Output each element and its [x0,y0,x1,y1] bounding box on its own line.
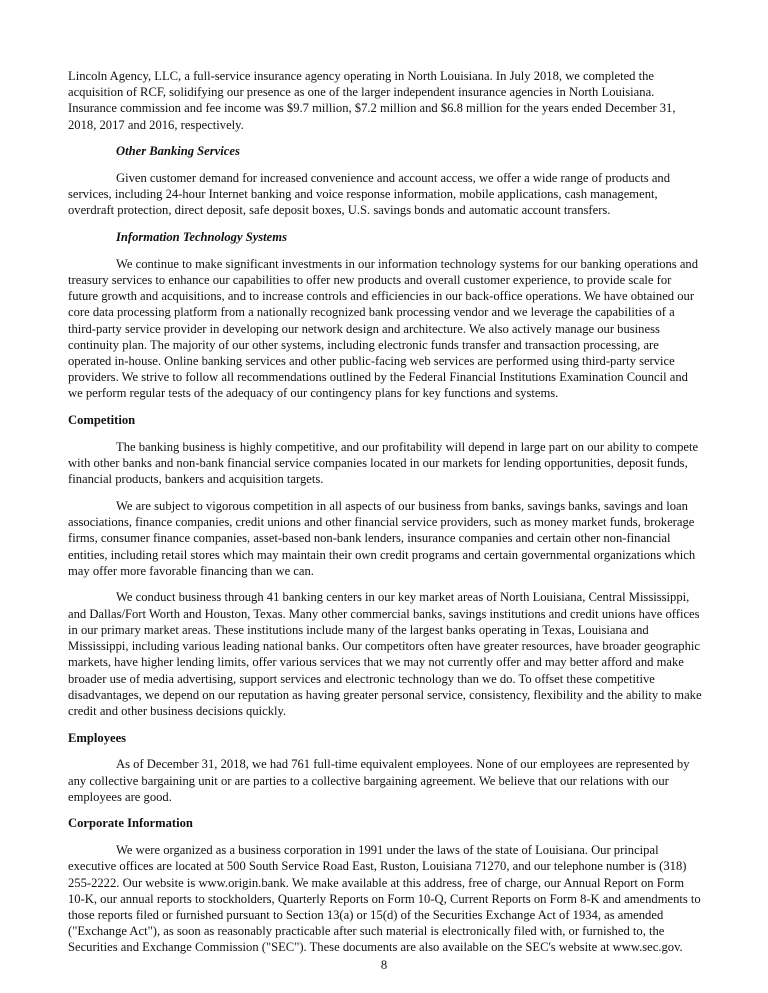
text-line: Securities and Exchange Commission ("SEC… [68,939,708,955]
text-line: ("Exchange Act"), as soon as reasonably … [68,923,708,939]
text-line: disadvantages, we depend on our reputati… [68,687,708,703]
text-line: firms, consumer finance companies, asset… [68,530,708,546]
text-line: we perform regular tests of the adequacy… [68,385,708,401]
subsection-heading: Information Technology Systems [116,229,708,245]
text-line: entities, including retail stores which … [68,547,708,563]
text-line: continuity plan. The majority of our oth… [68,337,708,353]
text-line: Lincoln Agency, LLC, a full-service insu… [68,68,708,84]
section-heading: Employees [68,730,708,746]
text-line: Insurance commission and fee income was … [68,100,708,116]
text-line: 2018, 2017 and 2016, respectively. [68,117,708,133]
text-line: employees are good. [68,789,708,805]
text-line: acquisition of RCF, solidifying our pres… [68,84,708,100]
text-line: those reports filed or furnished pursuan… [68,907,708,923]
text-line: services, including 24-hour Internet ban… [68,186,708,202]
paragraph: Lincoln Agency, LLC, a full-service insu… [68,68,708,133]
section-heading: Competition [68,412,708,428]
paragraph: The banking business is highly competiti… [68,439,708,488]
text-line: 255-2222. Our website is www.origin.bank… [68,875,708,891]
text-line: The banking business is highly competiti… [68,439,708,455]
document-page: Lincoln Agency, LLC, a full-service insu… [68,68,708,966]
text-line: and Dallas/Fort Worth and Houston, Texas… [68,606,708,622]
text-line: core data processing platform from a nat… [68,304,708,320]
text-line: Mississippi, including various leading n… [68,638,708,654]
text-line: executive offices are located at 500 Sou… [68,858,708,874]
text-line: We were organized as a business corporat… [68,842,708,858]
text-line: future growth and acquisitions, and to i… [68,288,708,304]
text-line: any collective bargaining unit or are pa… [68,773,708,789]
paragraph: Given customer demand for increased conv… [68,170,708,219]
paragraph: We are subject to vigorous competition i… [68,498,708,579]
paragraph: We continue to make significant investme… [68,256,708,402]
text-line: in our primary market areas. These insti… [68,622,708,638]
text-line: third-party service provider in developi… [68,321,708,337]
page-number: 8 [0,958,768,973]
text-line: operated in-house. Online banking servic… [68,353,708,369]
text-line: treasury services to enhance our capabil… [68,272,708,288]
text-line: may offer more favorable financing than … [68,563,708,579]
text-line: broader use of media advertising, suppor… [68,671,708,687]
text-line: financial products, bankers and acquisit… [68,471,708,487]
text-line: Given customer demand for increased conv… [68,170,708,186]
subsection-heading: Other Banking Services [116,143,708,159]
text-line: 10-K, our annual reports to stockholders… [68,891,708,907]
text-line: We continue to make significant investme… [68,256,708,272]
text-line: associations, finance companies, credit … [68,514,708,530]
text-line: As of December 31, 2018, we had 761 full… [68,756,708,772]
text-line: with other banks and non-bank financial … [68,455,708,471]
paragraph: We were organized as a business corporat… [68,842,708,955]
text-line: credit and other business decisions quic… [68,703,708,719]
text-line: We are subject to vigorous competition i… [68,498,708,514]
paragraph: We conduct business through 41 banking c… [68,589,708,719]
text-line: overdraft protection, direct deposit, sa… [68,202,708,218]
text-line: providers. We strive to follow all recom… [68,369,708,385]
section-heading: Corporate Information [68,815,708,831]
text-line: markets, have higher lending limits, off… [68,654,708,670]
paragraph: As of December 31, 2018, we had 761 full… [68,756,708,805]
text-line: We conduct business through 41 banking c… [68,589,708,605]
